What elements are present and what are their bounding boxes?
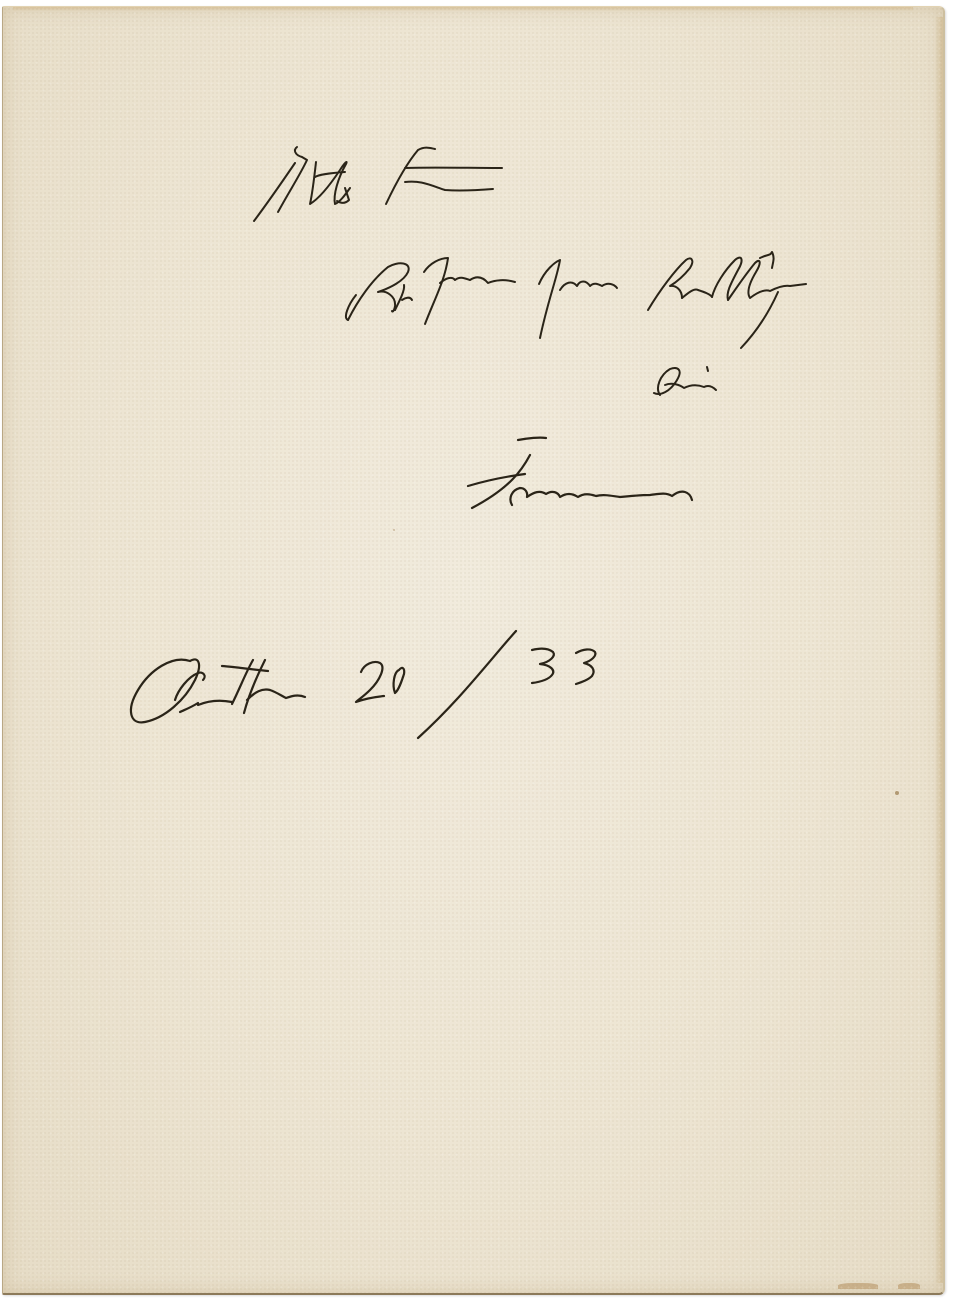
page-edge-top <box>13 7 913 11</box>
inscription-transcript: To the [illegible] Bibliophiles [illegib… <box>0 0 1 1</box>
inscription-line-1: To the [illegible] <box>0 0 1 1</box>
foxing-spot <box>895 791 899 795</box>
flyleaf-page <box>2 6 945 1295</box>
edge-wear <box>898 1283 920 1289</box>
edge-wear <box>838 1283 878 1289</box>
foxing-spot <box>393 529 395 531</box>
page-edge-right <box>935 17 943 1283</box>
